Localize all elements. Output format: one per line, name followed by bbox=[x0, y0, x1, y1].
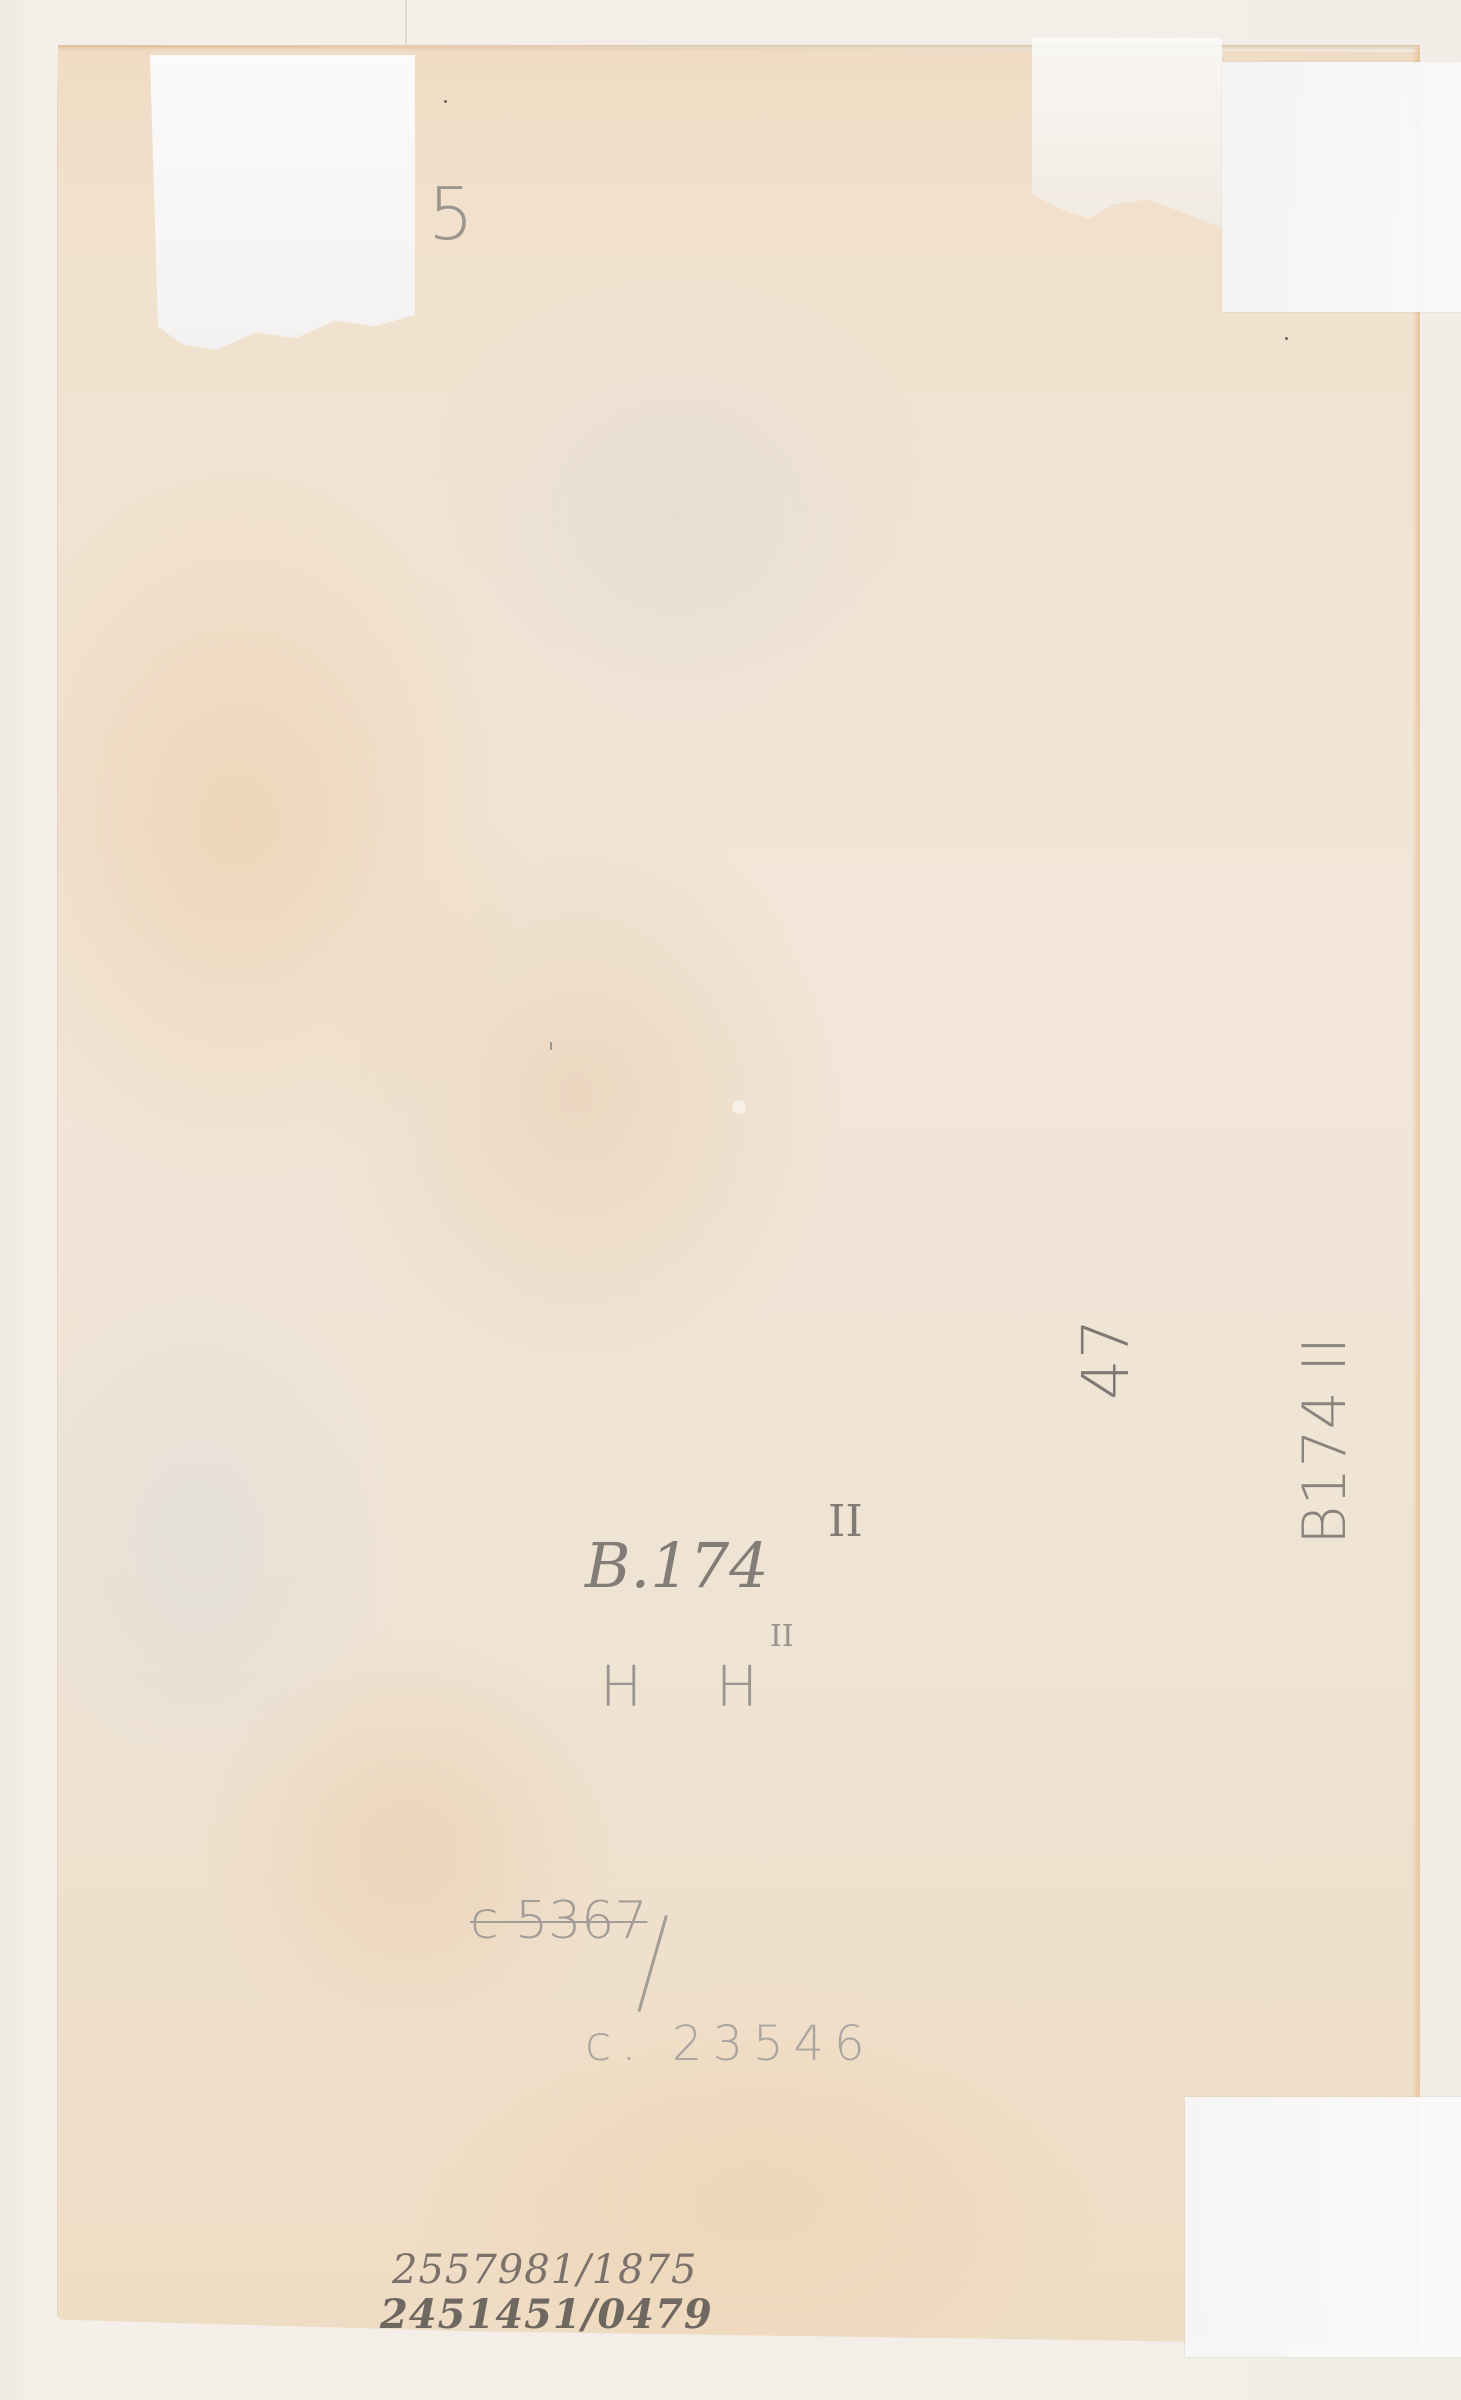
pencil-hollstein-state: II bbox=[770, 1622, 794, 1652]
tape-hinge-bottom-right bbox=[1185, 2097, 1461, 2357]
tape-hinge-remnant-top bbox=[1032, 38, 1222, 228]
paper-speck bbox=[550, 1042, 552, 1050]
paper-speck bbox=[444, 100, 447, 103]
paper-right-edge bbox=[1412, 48, 1420, 2348]
pencil-catalogue-state: II bbox=[828, 1500, 863, 1544]
pencil-number-top: 5 bbox=[428, 178, 474, 250]
pencil-accession-line-2: 2451451/0479 bbox=[380, 2295, 713, 2335]
paper-sheet-verso bbox=[58, 45, 1420, 2345]
paper-speck bbox=[1285, 337, 1288, 340]
tape-hinge-top-right bbox=[1222, 62, 1461, 312]
pencil-rotated-number: 47 bbox=[1075, 1319, 1139, 1400]
pencil-rotated-ref: B174 II bbox=[1295, 1337, 1355, 1545]
pencil-inventory-number: c. 23546 bbox=[585, 2020, 875, 2068]
pencil-accession-line-1: 2557981/1875 bbox=[392, 2250, 697, 2290]
pencil-old-inventory-struck: c 5367 bbox=[470, 1895, 647, 1947]
mount-crease bbox=[405, 0, 407, 44]
pencil-catalogue-ref: B.174 bbox=[585, 1535, 769, 1597]
pencil-hollstein-ref: H H bbox=[600, 1660, 786, 1716]
tape-hinge-top-left bbox=[150, 55, 415, 350]
paper-blemish bbox=[732, 1100, 746, 1114]
